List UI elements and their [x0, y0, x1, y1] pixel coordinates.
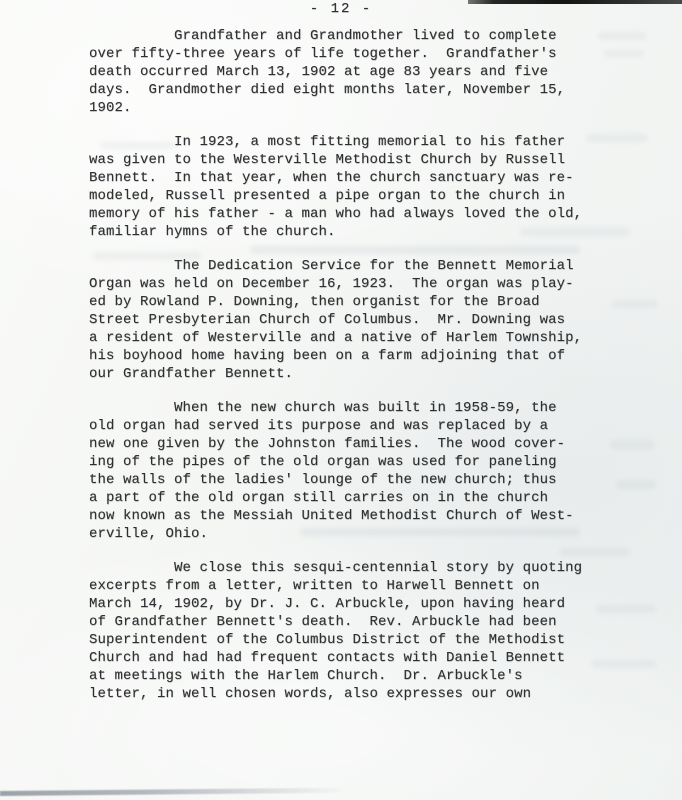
bleedthrough-smudge	[250, 246, 580, 254]
bleedthrough-smudge	[610, 440, 654, 449]
bleedthrough-smudge	[586, 134, 648, 142]
paragraph-memorial-1923: In 1923, a most fitting memorial to his …	[89, 133, 582, 241]
scanned-document-page: - 12 - Grandfather and Grandmother lived…	[0, 0, 682, 800]
bleedthrough-smudge	[300, 528, 580, 536]
paragraph-arbuckle-letter: We close this sesqui-centennial story by…	[89, 559, 582, 703]
bleedthrough-smudge	[520, 228, 630, 236]
bleedthrough-smudge	[616, 480, 656, 489]
paragraph-grandparents-deaths: Grandfather and Grandmother lived to com…	[89, 27, 582, 117]
scan-artifact-bottom-edge	[0, 787, 368, 796]
paragraph-new-church-1958: When the new church was built in 1958-59…	[89, 399, 582, 543]
text-block: Grandfather and Grandmother lived to com…	[89, 27, 582, 719]
bleedthrough-smudge	[92, 252, 202, 260]
page-number: - 12 -	[0, 1, 682, 17]
bleedthrough-smudge	[598, 32, 646, 40]
bleedthrough-smudge	[604, 50, 644, 57]
paragraph-dedication-service: The Dedication Service for the Bennett M…	[89, 257, 582, 383]
bleedthrough-smudge	[592, 660, 656, 668]
bleedthrough-smudge	[560, 548, 630, 556]
bleedthrough-smudge	[100, 142, 178, 149]
bleedthrough-smudge	[596, 605, 656, 613]
bleedthrough-smudge	[612, 300, 658, 308]
